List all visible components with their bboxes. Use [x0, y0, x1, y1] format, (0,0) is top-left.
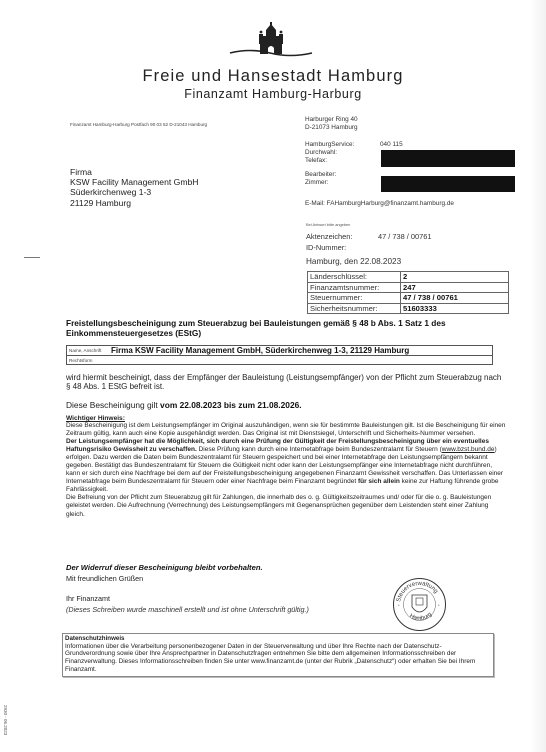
- recipient-line: Süderkirchenweg 1-3: [70, 187, 198, 197]
- table-key: Länderschlüssel:: [308, 272, 401, 283]
- greeting: Mit freundlichen Grüßen: [66, 574, 143, 583]
- table-value: 247: [401, 282, 509, 293]
- table-value: 51603333: [401, 303, 509, 314]
- notice-paragraph: Die Befreiung von der Pflicht zum Steuer…: [66, 494, 491, 517]
- redaction-bar: [381, 176, 515, 192]
- sender-line: Finanzamt Hamburg-Harburg Postfach 90 03…: [70, 122, 207, 127]
- email-label: E-Mail:: [305, 200, 325, 207]
- office-address-line: Harburger Ring 40: [305, 116, 358, 124]
- certification-text: wird hiermit bescheinigt, dass der Empfä…: [66, 373, 506, 392]
- official-seal-icon: Steuerverwaltung Hamburg * *: [392, 577, 447, 632]
- contact-label: Bearbeiter:: [305, 171, 380, 179]
- authority-title: Freie und Hansestadt Hamburg: [0, 67, 546, 86]
- privacy-title: Datenschutzhinweis: [65, 635, 491, 643]
- scan-edge-shadow: [530, 0, 546, 752]
- contact-label: Telefax:: [305, 157, 380, 165]
- notice-paragraph: Diese Bescheinigung ist dem Leistungsemp…: [66, 422, 505, 437]
- reply-hint: Bei Antwort bitte angeben: [306, 222, 350, 227]
- file-number-value: 47 / 738 / 00761: [378, 231, 431, 242]
- office-subtitle: Finanzamt Hamburg-Harburg: [0, 87, 546, 101]
- svg-text:Hamburg: Hamburg: [408, 612, 433, 622]
- recipient-line: Firma: [70, 167, 198, 177]
- notice-paragraph: Diese Prüfung kann durch eine Internetab…: [197, 446, 442, 453]
- contact-label: HamburgService:: [305, 141, 380, 149]
- recipient-line: KSW Facility Management GmbH: [70, 177, 198, 187]
- svg-text:*: *: [438, 603, 440, 608]
- table-row: Finanzamtsnummer:247: [308, 282, 509, 293]
- table-row: Länderschlüssel:2: [308, 272, 509, 283]
- svg-text:*: *: [398, 603, 400, 608]
- file-number-label: Aktenzeichen:: [306, 231, 378, 242]
- recipient-line: 21129 Hamburg: [70, 198, 198, 208]
- email-address[interactable]: FAHamburgHarburg@finanzamt.hamburg.de: [327, 200, 454, 207]
- legal-form-label: Rechtsform: [67, 358, 111, 363]
- table-value: 47 / 738 / 00761: [401, 293, 509, 304]
- validity-prefix: Diese Bescheinigung gilt: [66, 400, 160, 410]
- fold-mark: [24, 257, 40, 258]
- office-address: Harburger Ring 40 D-21073 Hamburg: [305, 116, 358, 132]
- certificate-heading: Freistellungsbescheinigung zum Steuerabz…: [66, 318, 506, 338]
- notice-text: Diese Bescheinigung ist dem Leistungsemp…: [66, 422, 506, 519]
- table-row: Sicherheitsnummer:51603333: [308, 303, 509, 314]
- notice-title: Wichtiger Hinweis:: [66, 415, 125, 422]
- table-key: Steuernummer:: [308, 293, 401, 304]
- validity-period: Diese Bescheinigung gilt vom 22.08.2023 …: [66, 400, 302, 410]
- name-value: Firma KSW Facility Management GmbH, Süde…: [111, 346, 409, 355]
- notice-bold: für sich allein: [358, 478, 400, 485]
- contact-label: Durchwahl:: [305, 149, 380, 157]
- name-label: Name, Anschrift: [67, 348, 111, 353]
- office-address-line: D-21073 Hamburg: [305, 124, 358, 132]
- reference-block: Aktenzeichen:47 / 738 / 00761 ID-Nummer:: [306, 231, 431, 253]
- letter-date: Hamburg, den 22.08.2023: [306, 257, 401, 266]
- table-row: Steuernummer:47 / 738 / 00761: [308, 293, 509, 304]
- table-key: Sicherheitsnummer:: [308, 303, 401, 314]
- table-value: 2: [401, 272, 509, 283]
- recipient-address: Firma KSW Facility Management GmbH Süder…: [70, 167, 198, 208]
- revocation-note: Der Widerruf dieser Bescheinigung bleibt…: [66, 563, 263, 572]
- table-key: Finanzamtsnummer:: [308, 282, 401, 293]
- contact-label: Zimmer:: [305, 179, 380, 187]
- form-code: 2930 - 06.2023: [3, 705, 8, 735]
- signature: Ihr Finanzamt: [66, 594, 110, 603]
- validity-dates: vom 22.08.2023 bis zum 21.08.2026.: [160, 400, 302, 410]
- service-phone: 040 115: [380, 141, 403, 149]
- tax-id-table: Länderschlüssel:2 Finanzamtsnummer:247 S…: [307, 271, 509, 314]
- redaction-bar: [381, 150, 515, 167]
- recipient-name-box: Name, Anschrift Firma KSW Facility Manag…: [66, 345, 493, 365]
- machine-generated-note: (Dieses Schreiben wurde maschinell erste…: [66, 605, 309, 614]
- privacy-notice-box: Datenschutzhinweis Informationen über di…: [62, 633, 494, 677]
- bzst-link[interactable]: www.bzst.bund.de: [442, 446, 495, 453]
- privacy-text: Informationen über die Verarbeitung pers…: [65, 643, 491, 674]
- email-line: E-Mail: FAHamburgHarburg@finanzamt.hambu…: [305, 200, 454, 207]
- hamburg-castle-logo-icon: [220, 22, 320, 64]
- id-number-label: ID-Nummer:: [306, 242, 378, 253]
